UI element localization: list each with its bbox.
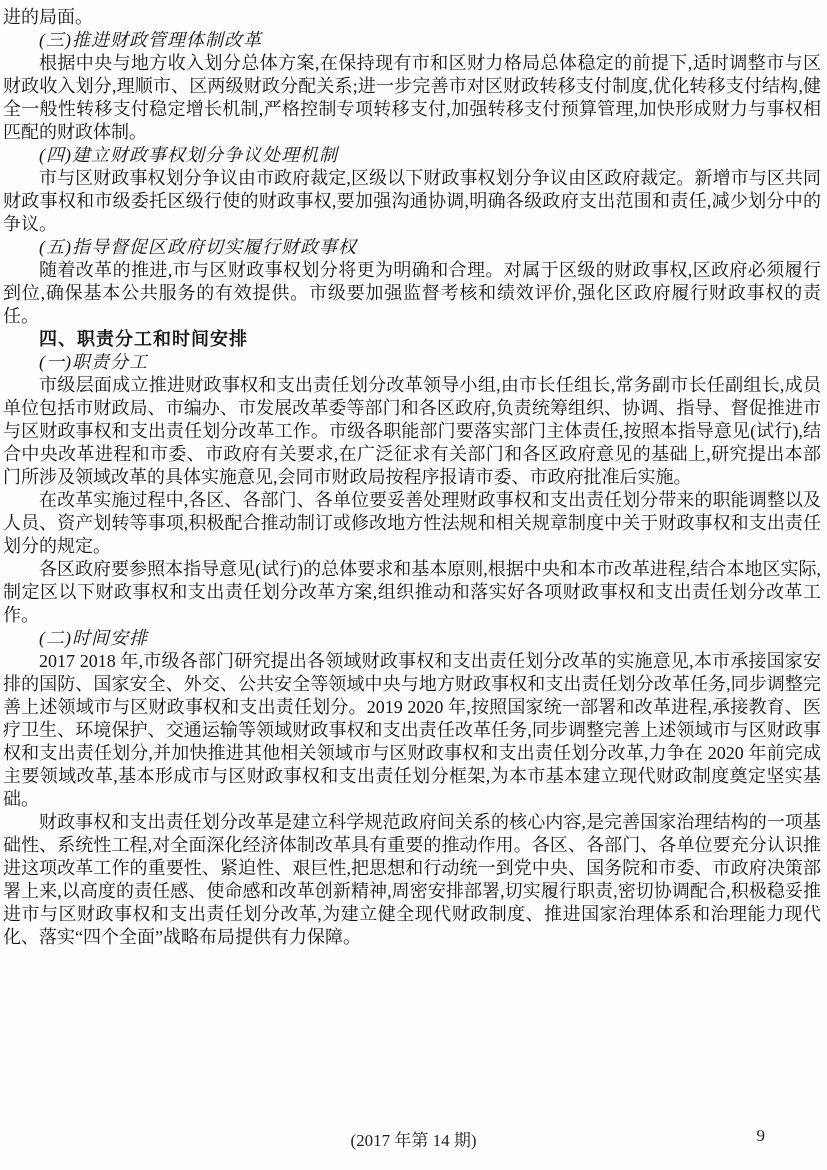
journal-issue-label: (2017 年第 14 期) (350, 1126, 476, 1151)
chapter-heading: 四、职责分工和时间安排 (3, 328, 821, 351)
section-heading: (一)职责分工 (3, 351, 821, 374)
paragraph: 2017 2018 年,市级各部门研究提出各领域财政事权和支出责任划分改革的实施… (3, 650, 821, 811)
paragraph: 随着改革的推进,市与区财政事权划分将更为明确和合理。对属于区级的财政事权,区政府… (3, 259, 821, 328)
section-heading: (四)建立财政事权划分争议处理机制 (3, 144, 821, 167)
document-page: 进的局面。(三)推进财政管理体制改革根据中央与地方收入划分总体方案,在保持现有市… (0, 0, 827, 1170)
paragraph: 市与区财政事权划分争议由市政府裁定,区级以下财政事权划分争议由区政府裁定。新增市… (3, 167, 821, 236)
section-heading: (三)推进财政管理体制改革 (3, 29, 821, 52)
paragraph: 财政事权和支出责任划分改革是建立科学规范政府间关系的核心内容,是完善国家治理结构… (3, 811, 821, 949)
document-body: 进的局面。(三)推进财政管理体制改革根据中央与地方收入划分总体方案,在保持现有市… (3, 6, 821, 949)
section-heading: (二)时间安排 (3, 627, 821, 650)
page-footer: (2017 年第 14 期) 9 (0, 1126, 827, 1150)
page-number: 9 (757, 1126, 766, 1146)
paragraph: 各区政府要参照本指导意见(试行)的总体要求和基本原则,根据中央和本市改革进程,结… (3, 558, 821, 627)
section-heading: (五)指导督促区政府切实履行财政事权 (3, 236, 821, 259)
paragraph: 根据中央与地方收入划分总体方案,在保持现有市和区财力格局总体稳定的前提下,适时调… (3, 52, 821, 144)
paragraph: 在改革实施过程中,各区、各部门、各单位要妥善处理财政事权和支出责任划分带来的职能… (3, 489, 821, 558)
continuation-text: 进的局面。 (3, 6, 821, 29)
paragraph: 市级层面成立推进财政事权和支出责任划分改革领导小组,由市长任组长,常务副市长任副… (3, 374, 821, 489)
